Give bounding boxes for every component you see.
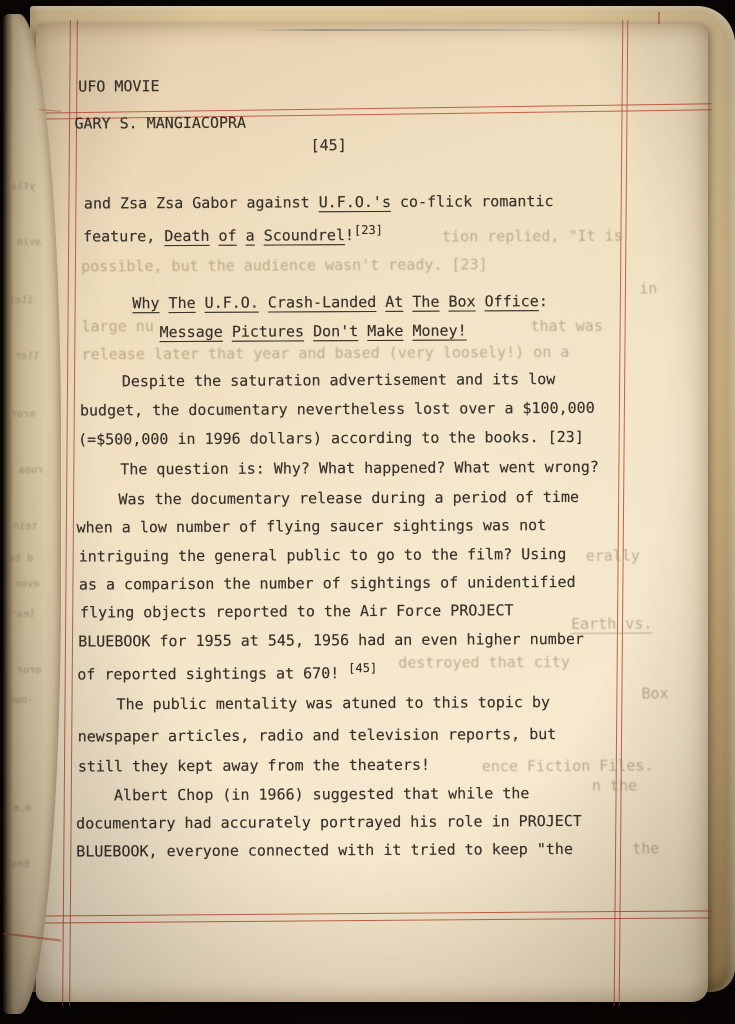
bleedthrough-fragment: avin [17,238,41,248]
typed-line: newspaper articles, radio and television… [78,726,557,746]
running-head: UFO MOVIE [78,78,159,96]
bleedthrough-fragment: oror [17,666,41,676]
bleedthrough-fragment: evon [15,580,39,590]
typed-line: The public mentality was atuned to this … [116,694,550,714]
typed-line: when a low number of flying saucer sight… [77,517,547,537]
typed-text-layer: UFO MOVIE GARY S. MANGIACOPRA [45] and Z… [34,22,711,1004]
typed-line: budget, the documentary nevertheless los… [80,400,595,420]
bleedthrough-fragment: ruoa [19,466,43,476]
typed-line: BLUEBOOK for 1955 at 545, 1956 had an ev… [78,631,584,651]
bleedthrough-fragment: lea' [11,610,35,620]
typed-line: of reported sightings at 670! [45] [77,665,377,684]
typed-line: (=$500,000 in 1996 dollars) according to… [78,429,584,449]
typed-line: still they kept away from the theaters! [78,757,430,776]
typed-line: documentary had accurately portrayed his… [76,813,582,833]
typed-line: as a comparison the number of sightings … [79,574,576,594]
typed-line: Was the documentary release during a per… [118,489,579,509]
bleedthrough-fragment: tein [13,522,37,532]
photo-background: { "document": { "running_head": "UFO MOV… [0,0,735,1024]
bleedthrough-fragment: ytli [11,182,35,192]
typed-line: intriguing the general public to go to t… [79,546,567,566]
manuscript-page: tion replied, "It ispossible, but the au… [36,24,708,1002]
typed-line: and Zsa Zsa Gabor against U.F.O.'s co-fl… [84,193,554,213]
bleedthrough-fragment: bns [11,860,29,870]
bleedthrough-fragment: -nun [9,696,33,706]
typed-line: Message Pictures Don't Make Money! [160,323,467,342]
typed-line: feature, Death of a Scoundrel![23] [83,227,383,246]
typed-line: Albert Chop (in 1966) suggested that whi… [114,785,530,804]
bleedthrough-fragment: ller [15,352,39,362]
typed-line: BLUEBOOK, everyone connected with it tri… [76,841,573,861]
typed-line: Despite the saturation advertisement and… [122,371,556,391]
typed-line: flying objects reported to the Air Force… [80,602,514,622]
bleedthrough-fragment: d to [9,554,33,564]
bleedthrough-fragment: ilei [9,296,33,306]
bleedthrough-fragment: nror [11,410,35,420]
author-byline: GARY S. MANGIACOPRA [74,115,246,133]
bleedthrough-fragment: m,e [13,804,31,814]
typed-line: The question is: Why? What happened? Wha… [120,459,599,479]
page-number: [45] [311,137,347,154]
typed-line: Why The U.F.O. Crash-Landed At The Box O… [132,293,548,312]
